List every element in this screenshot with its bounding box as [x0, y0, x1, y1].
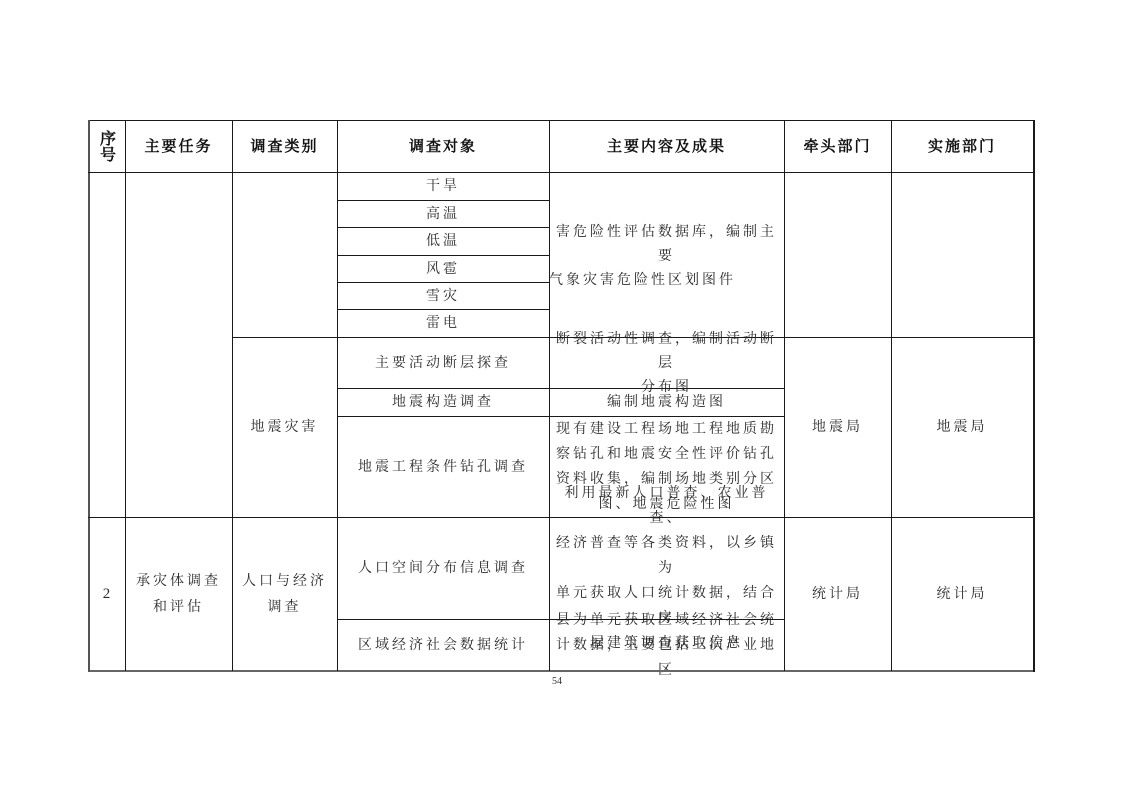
header-impl-dept: 实施部门 — [891, 120, 1033, 172]
target-population-distribution: 人口空间分布信息调查 — [337, 517, 549, 619]
category-line: 调查 — [268, 594, 302, 620]
col-divider — [125, 120, 126, 671]
target-low-temp: 低温 — [337, 227, 549, 255]
document-page: 序号 主要任务 调查类别 调查对象 主要内容及成果 牵头部门 实施部门 干旱 高… — [0, 0, 1122, 793]
seq-2: 2 — [88, 517, 125, 671]
content-active-fault: 断裂活动性调查，编制活动断层 分布图 — [549, 337, 784, 388]
target-snow: 雪灾 — [337, 282, 549, 309]
target-seismic-structure: 地震构造调查 — [337, 388, 549, 416]
row-divider — [337, 388, 784, 389]
category-earthquake: 地震灾害 — [232, 337, 337, 517]
col-divider — [232, 120, 233, 671]
target-high-temp: 高温 — [337, 200, 549, 227]
header-target: 调查对象 — [337, 120, 549, 172]
content-seismic-structure: 编制地震构造图 — [549, 388, 784, 416]
header-divider — [88, 172, 1034, 173]
impl-dept-statistics: 统计局 — [891, 517, 1033, 671]
target-borehole: 地震工程条件钻孔调查 — [337, 416, 549, 517]
table-border-top — [88, 120, 1034, 121]
col-divider — [337, 120, 338, 671]
content-line: 现有建设工程场地工程地质勘 — [556, 417, 777, 442]
task-exposure-survey: 承灾体调查 和评估 — [125, 517, 232, 671]
lead-dept-earthquake: 地震局 — [784, 337, 891, 517]
lead-dept-statistics: 统计局 — [784, 517, 891, 671]
target-wind-hail: 风雹 — [337, 255, 549, 282]
impl-dept-earthquake: 地震局 — [891, 337, 1033, 517]
col-divider — [549, 120, 550, 671]
content-population-distribution: 利用最新人口普查、农业普查、 经济普查等各类资料，以乡镇为 单元获取人口统计数据… — [549, 517, 784, 619]
category-population-economy: 人口与经济 调查 — [232, 517, 337, 671]
row-divider — [337, 200, 549, 201]
page-number: 54 — [552, 676, 562, 687]
col-divider — [784, 120, 785, 671]
content-line: 经济普查等各类资料，以乡镇为 — [549, 531, 784, 581]
header-category: 调查类别 — [232, 120, 337, 172]
task-line: 承灾体调查 — [136, 568, 221, 594]
weather-content-line: 害危险性评估数据库，编制主要 — [549, 220, 784, 268]
row-divider — [337, 255, 549, 256]
header-seq-text: 序号 — [96, 130, 118, 162]
target-drought: 干旱 — [337, 172, 549, 200]
category-line: 人口与经济 — [242, 568, 327, 594]
header-seq: 序号 — [88, 120, 125, 172]
content-line: 断裂活动性调查，编制活动断层 — [549, 327, 784, 375]
header-content: 主要内容及成果 — [549, 120, 784, 172]
content-line: 察钻孔和地震安全性评价钻孔 — [556, 442, 777, 467]
row-divider — [337, 619, 784, 620]
task-line: 和评估 — [153, 594, 204, 620]
content-line: 利用最新人口普查、农业普查、 — [549, 481, 784, 531]
table-border-bottom — [88, 670, 1034, 672]
row-divider — [337, 227, 549, 228]
content-line: 计数据，主要包括三次产业地区 — [549, 633, 784, 683]
weather-content-line: 气象灾害危险性区划图件 — [549, 268, 736, 292]
table-border-right — [1033, 120, 1035, 672]
content-line: 县为单元获取区域经济社会统 — [556, 608, 777, 633]
target-active-fault: 主要活动断层探查 — [337, 337, 549, 388]
target-lightning: 雷电 — [337, 309, 549, 337]
row-divider — [337, 282, 549, 283]
target-regional-economy: 区域经济社会数据统计 — [337, 619, 549, 671]
content-regional-economy: 县为单元获取区域经济社会统 计数据，主要包括三次产业地区 — [549, 619, 784, 671]
row-divider — [232, 337, 1034, 338]
table-border-left — [88, 120, 90, 672]
row-divider — [88, 517, 1034, 518]
col-divider — [891, 120, 892, 671]
header-lead-dept: 牵头部门 — [784, 120, 891, 172]
header-task: 主要任务 — [125, 120, 232, 172]
row-divider — [337, 416, 784, 417]
weather-content: 害危险性评估数据库，编制主要 气象灾害危险性区划图件 — [549, 172, 784, 337]
row-divider — [337, 309, 549, 310]
